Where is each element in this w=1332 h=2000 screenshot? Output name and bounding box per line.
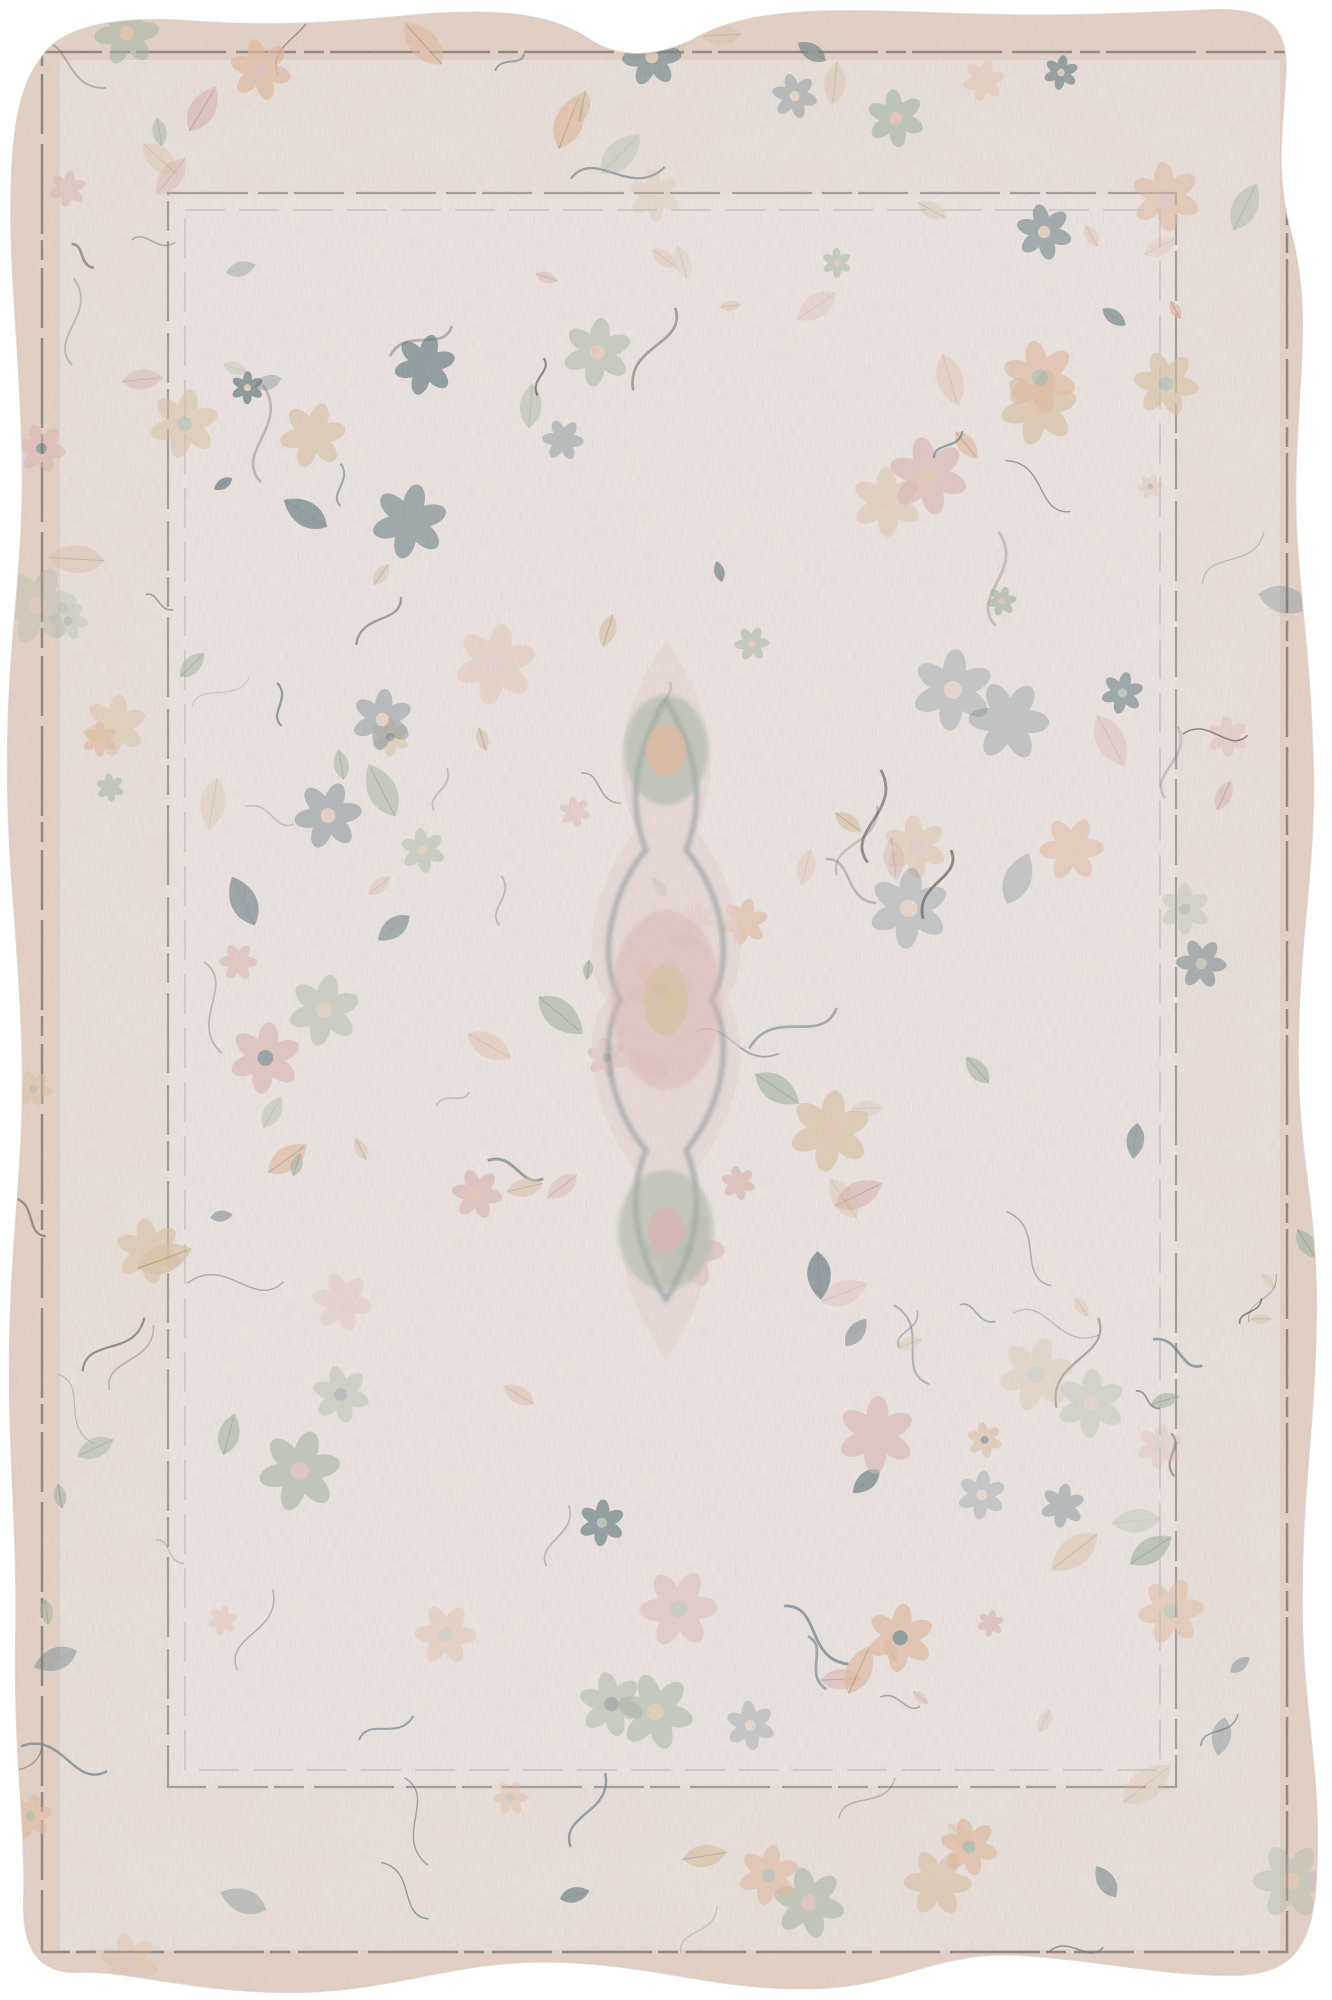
rug-illustration xyxy=(0,0,1332,2000)
rug-pattern xyxy=(0,0,1332,2000)
rug-photo xyxy=(0,0,1332,2000)
